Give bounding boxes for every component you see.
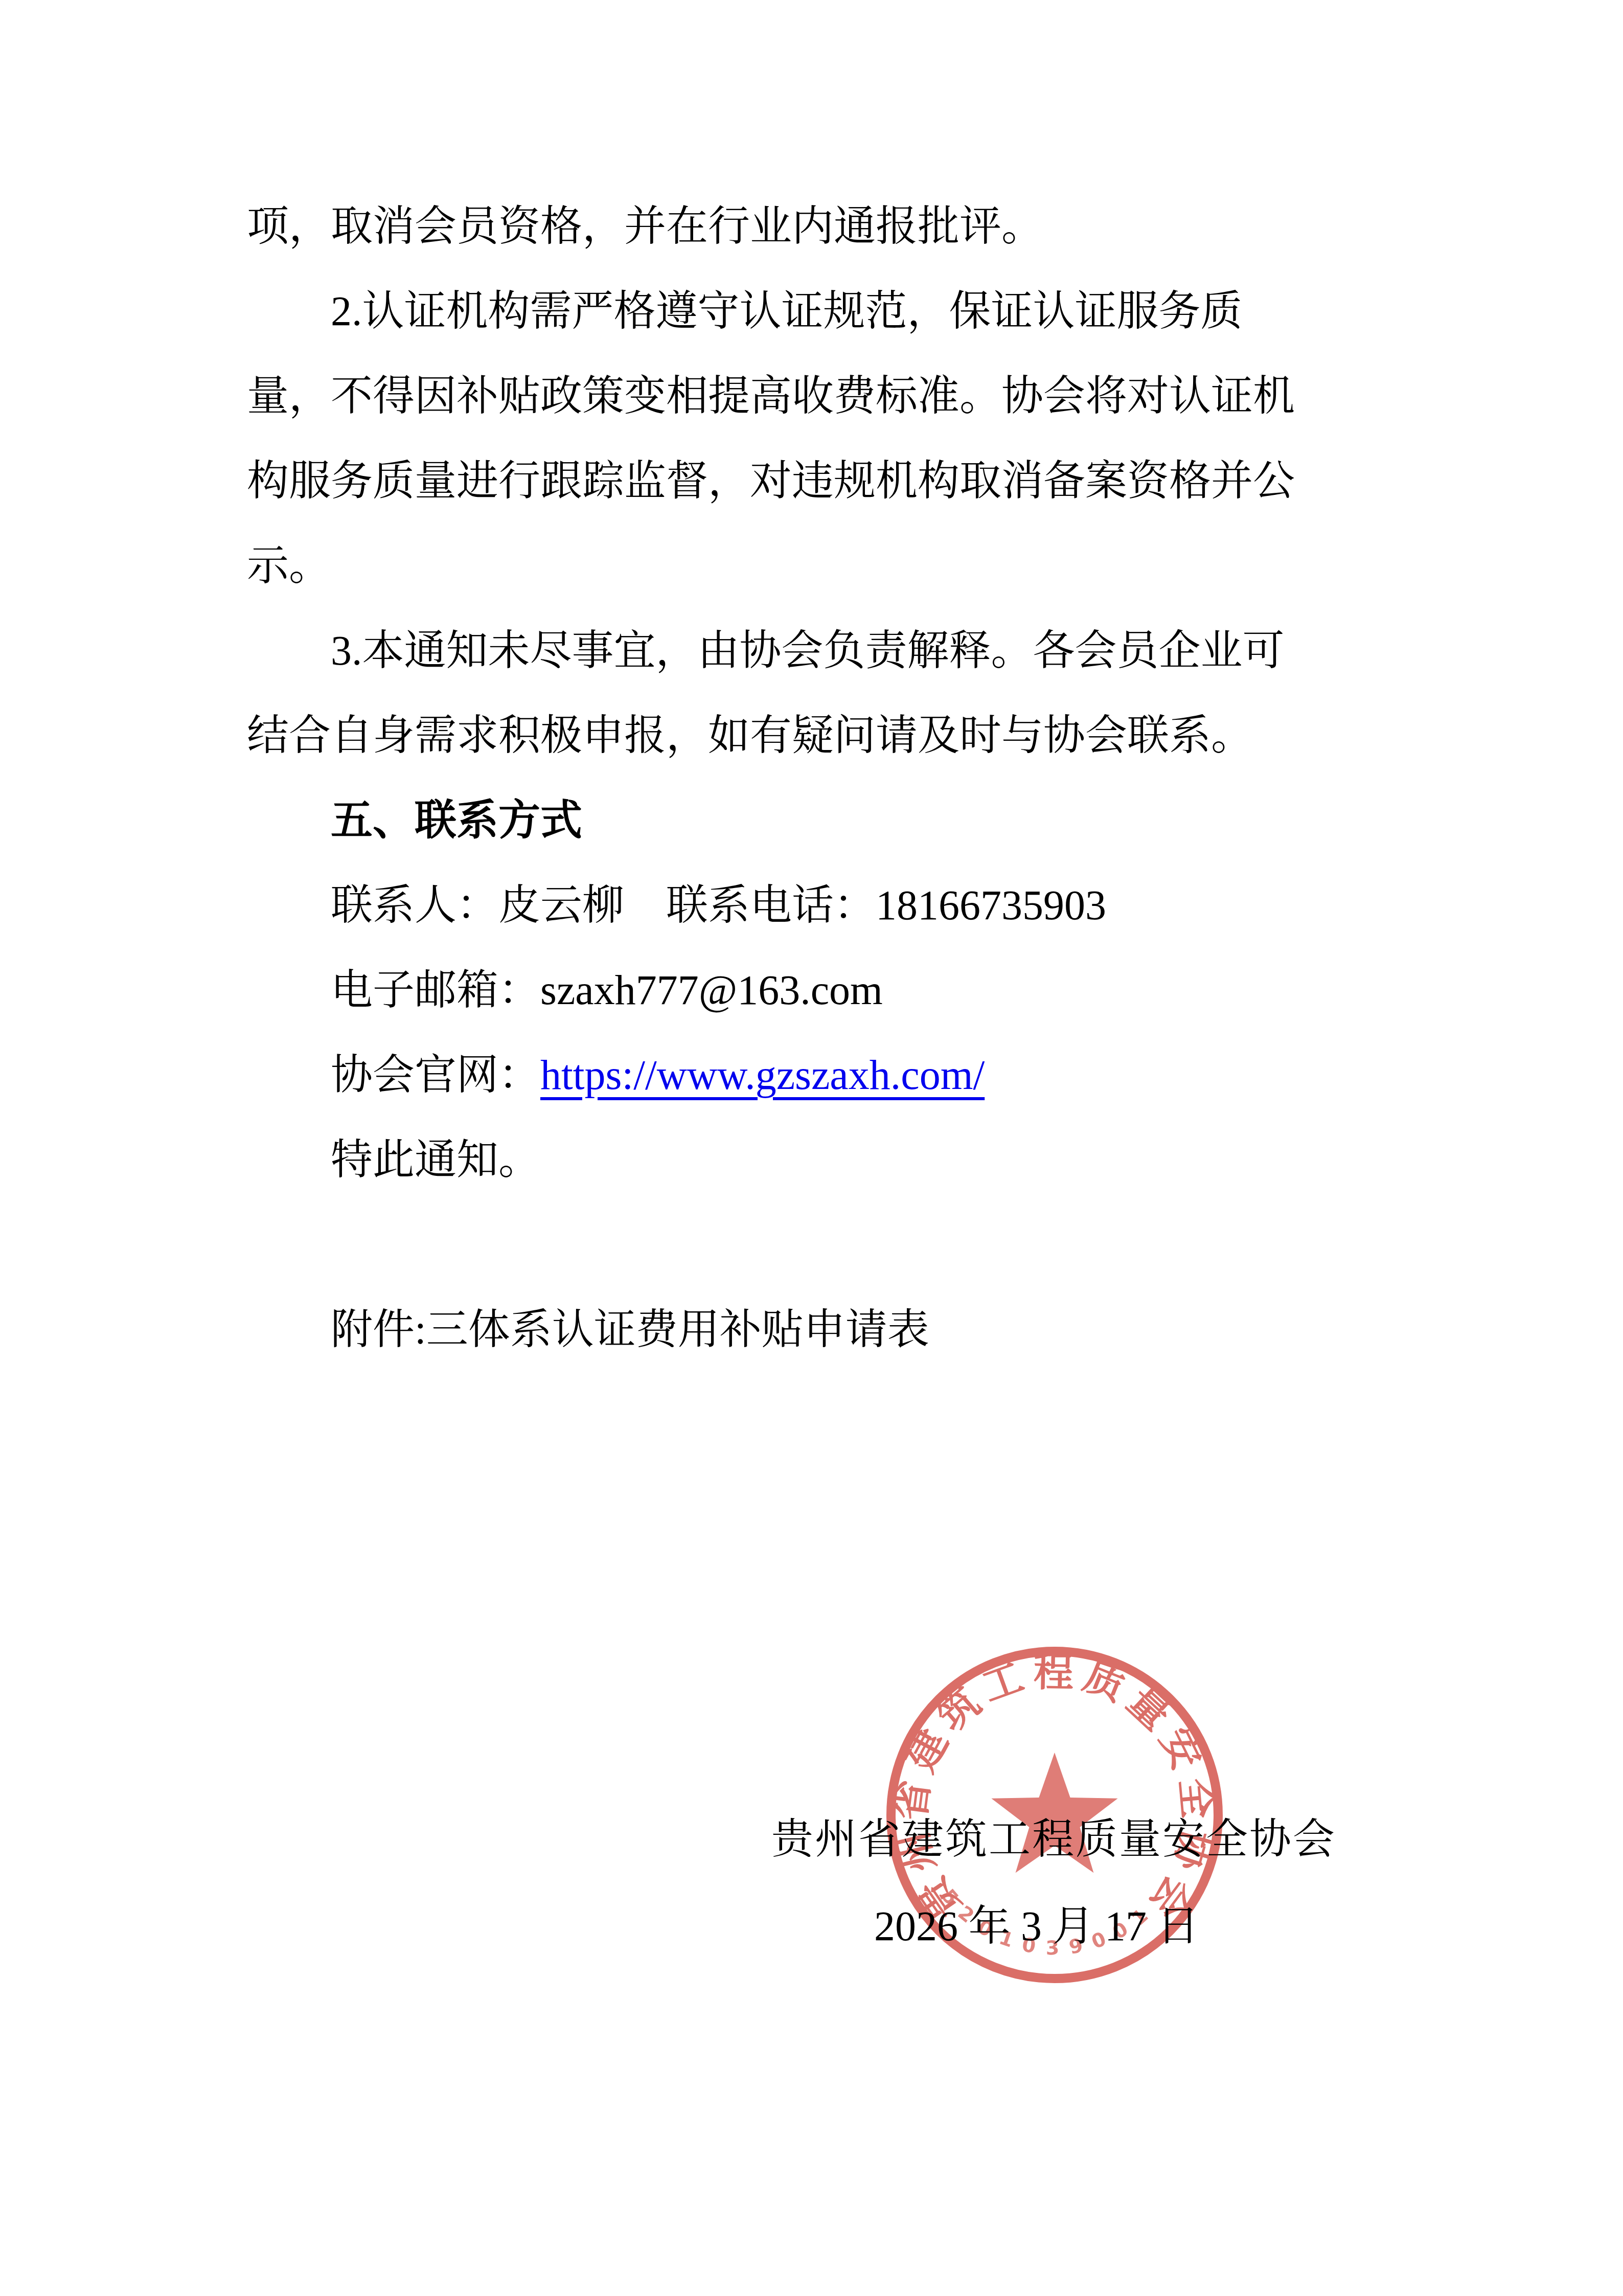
contact-person-phone-line: 联系人：皮云柳 联系电话：18166735903 bbox=[247, 863, 1402, 948]
contact-email-line: 电子邮箱：szaxh777@163.com bbox=[247, 948, 1402, 1033]
website-label: 协会官网： bbox=[331, 1052, 540, 1098]
closing-line: 特此通知。 bbox=[247, 1118, 1402, 1202]
paragraph-line: 2.认证机构需严格遵守认证规范，保证认证服务质 bbox=[247, 269, 1402, 354]
website-link[interactable]: https://www.gzszaxh.com/ bbox=[540, 1052, 985, 1098]
attachment-line: 附件:三体系认证费用补贴申请表 bbox=[247, 1287, 1402, 1372]
document-page: 贵州省建筑工程质量安全协会 5201039001 项，取消会员资格，并在行业内通… bbox=[0, 0, 1623, 2296]
paragraph-line: 构服务质量进行跟踪监督，对违规机构取消备案资格并公 bbox=[247, 439, 1402, 524]
document-body: 项，取消会员资格，并在行业内通报批评。 2.认证机构需严格遵守认证规范，保证认证… bbox=[247, 184, 1402, 1372]
paragraph-line: 3.本通知未尽事宜，由协会负责解释。各会员企业可 bbox=[247, 608, 1402, 693]
contact-website-line: 协会官网：https://www.gzszaxh.com/ bbox=[247, 1033, 1402, 1118]
paragraph-line: 项，取消会员资格，并在行业内通报批评。 bbox=[247, 184, 1402, 269]
paragraph-line: 结合自身需求积极申报，如有疑问请及时与协会联系。 bbox=[247, 693, 1402, 778]
section-heading-contact: 五、联系方式 bbox=[247, 778, 1402, 863]
paragraph-line: 量，不得因补贴政策变相提高收费标准。协会将对认证机 bbox=[247, 354, 1402, 439]
signature-org-name: 贵州省建筑工程质量安全协会 bbox=[771, 1797, 1336, 1882]
signature-date: 2026 年 3 月 17 日 bbox=[874, 1884, 1199, 1969]
paragraph-line: 示。 bbox=[247, 524, 1402, 608]
